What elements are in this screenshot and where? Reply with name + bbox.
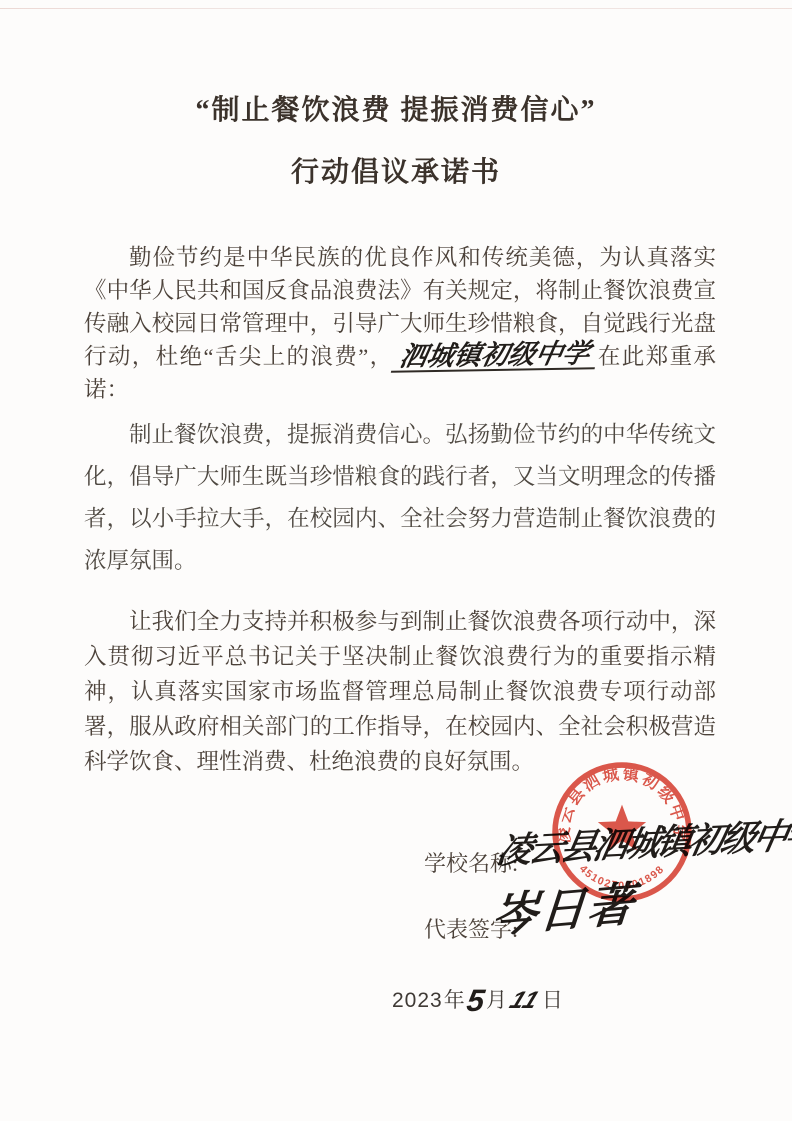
- document-page: “制止餐饮浪费 提振消费信心” 行动倡议承诺书 勤俭节约是中华民族的优良作风和传…: [0, 0, 792, 1121]
- handwritten-school-name-inline: 泗城镇初级中学: [390, 340, 599, 373]
- paragraph-commitment: 让我们全力支持并积极参与到制止餐饮浪费各项行动中，深入贯彻习近平总书记关于坚决制…: [84, 604, 716, 779]
- document-title-line2: 行动倡议承诺书: [0, 150, 792, 190]
- date-year-unit: 年: [444, 988, 466, 1012]
- paragraph-pledge: 制止餐饮浪费，提振消费信心。弘扬勤俭节约的中华传统文化，倡导广大师生既当珍惜粮食…: [84, 414, 716, 582]
- date-day-unit: 日: [542, 988, 564, 1012]
- handwritten-school-name: 凌云县泗城镇初级中学: [493, 807, 792, 874]
- date-day-handwritten: 11: [507, 991, 542, 1011]
- date-month-handwritten: 5: [465, 991, 486, 1011]
- handwritten-representative-signature: 岑日著: [489, 867, 638, 946]
- paragraph-intro: 勤俭节约是中华民族的优良作风和传统美德，为认真落实《中华人民共和国反食品浪费法》…: [84, 241, 716, 406]
- scan-artifact-line: [0, 8, 792, 9]
- date-line: 2023年5月11日: [392, 984, 565, 1014]
- document-title-line1: “制止餐饮浪费 提振消费信心”: [0, 88, 792, 128]
- date-year: 2023: [392, 989, 443, 1012]
- date-month-unit: 月: [486, 988, 508, 1012]
